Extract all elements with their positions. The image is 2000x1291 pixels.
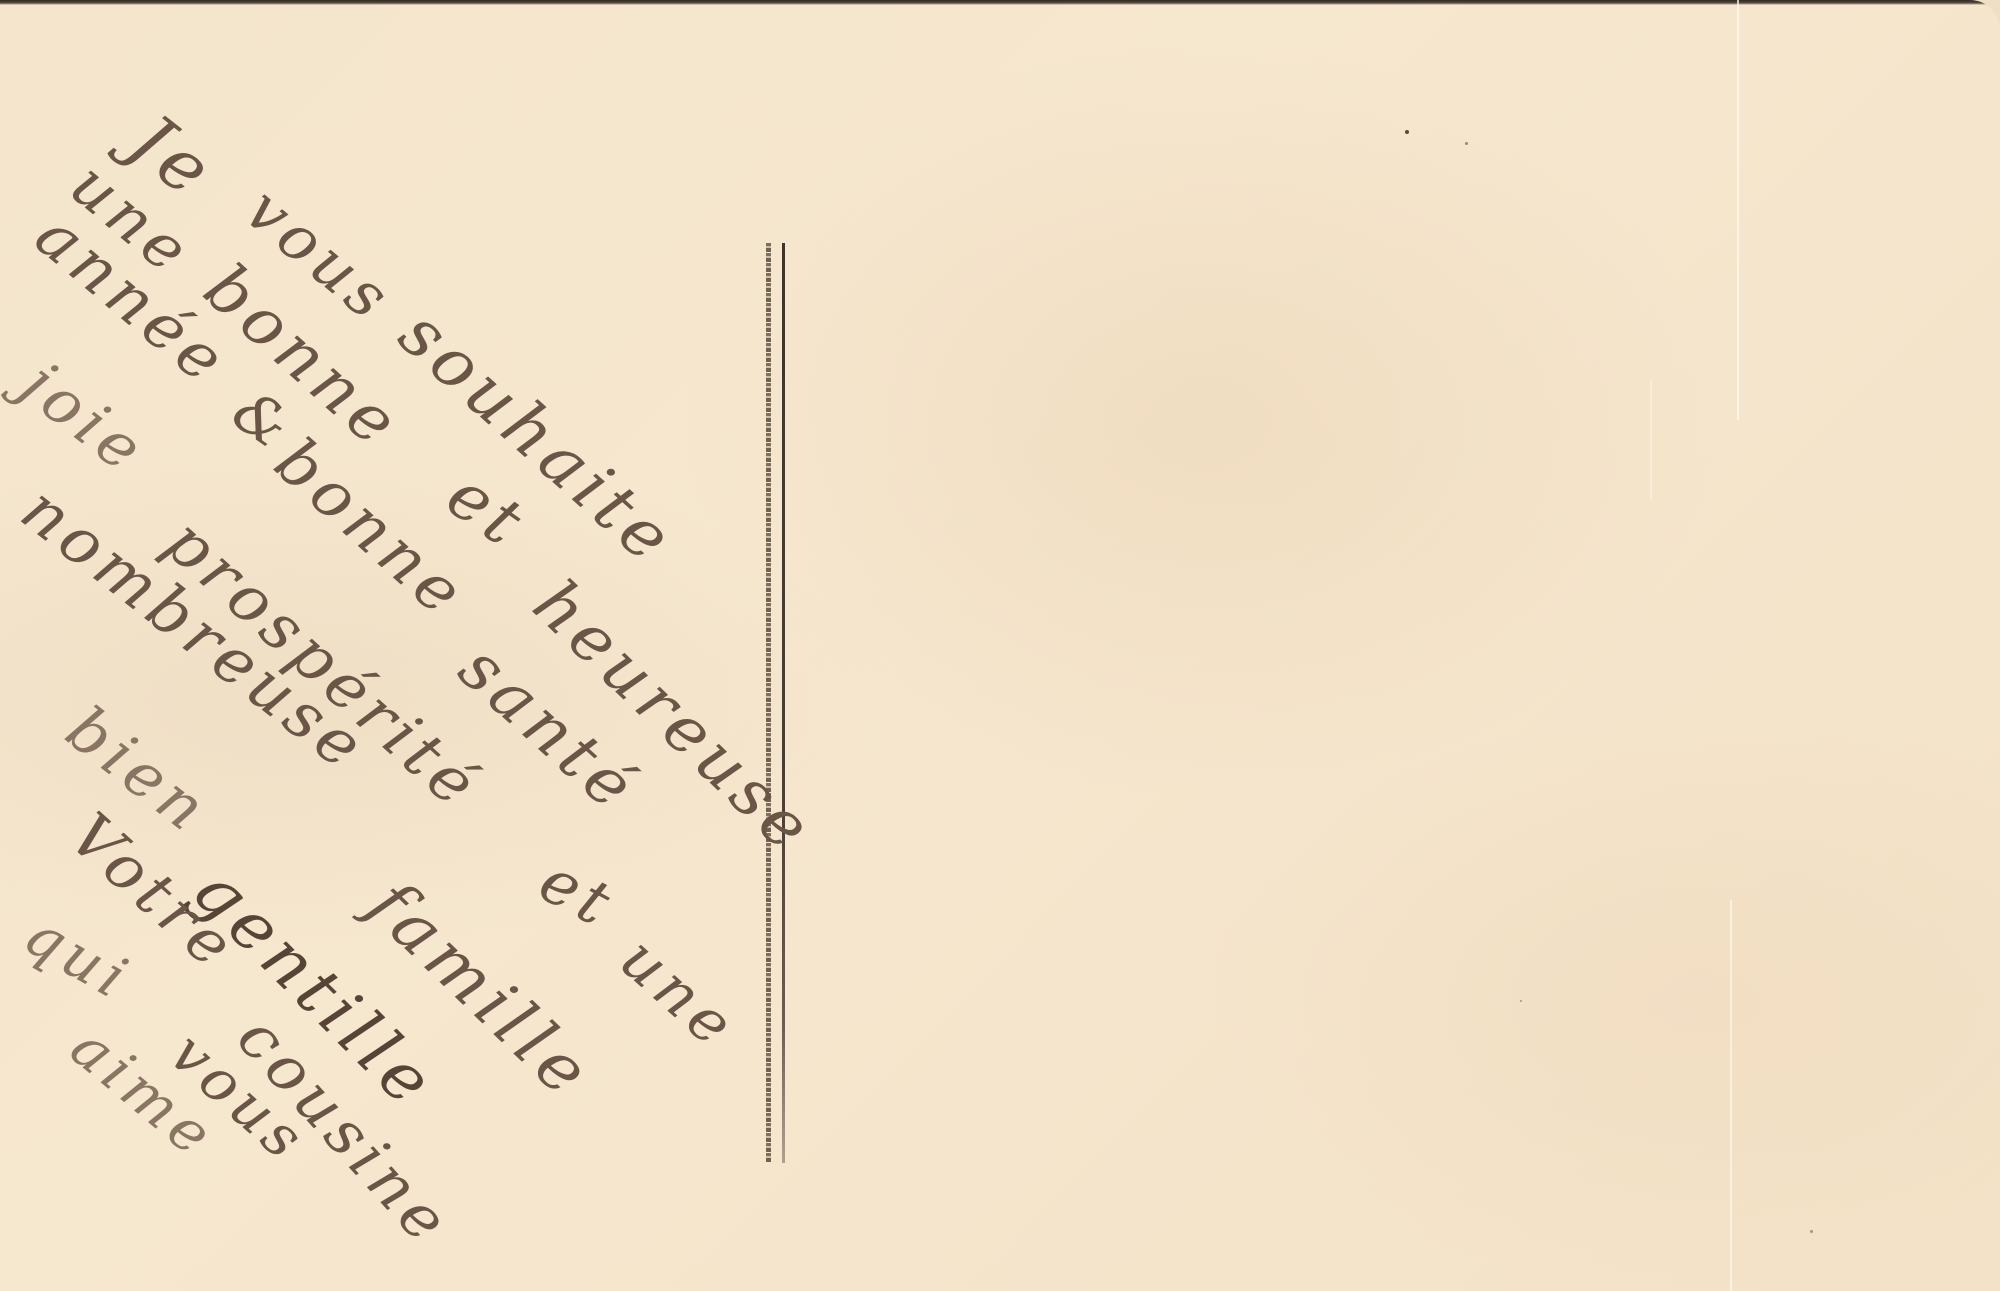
ink-speck: [1810, 1230, 1813, 1233]
ink-speck: [1465, 142, 1468, 145]
ink-speck: [1520, 1000, 1522, 1002]
word: et: [530, 849, 624, 938]
divider-line: [782, 243, 785, 1163]
word: une: [610, 928, 747, 1060]
word: bien: [56, 697, 220, 844]
paper-crease: [1650, 380, 1652, 500]
word: qui: [16, 904, 141, 1010]
divider-line-microprint: [766, 243, 771, 1163]
paper-crease: [1730, 900, 1732, 1291]
word: joie: [11, 352, 157, 485]
postcard-back: Je vous souhaite une bonne et heureuse a…: [0, 0, 2000, 1291]
ink-speck: [1405, 130, 1409, 134]
card-top-edge: [0, 0, 2000, 5]
paper-crease: [1737, 0, 1739, 420]
